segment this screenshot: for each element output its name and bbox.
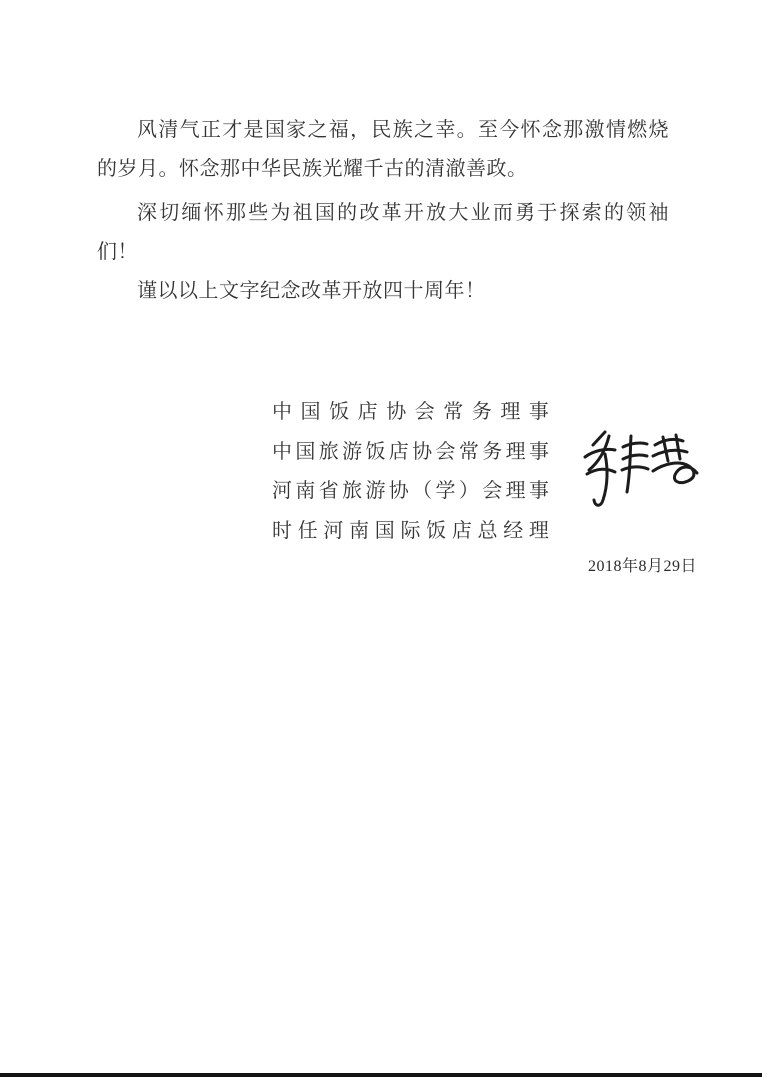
signature-date: 2018年8月29日	[588, 553, 697, 576]
title-line-2: 中国旅游饭店协会常务理事	[272, 430, 549, 470]
document-page: 风清气正才是国家之福，民族之幸。至今怀念那激情燃烧的岁月。怀念那中华民族光耀千古…	[0, 0, 762, 1078]
body-paragraphs: 风清气正才是国家之福，民族之幸。至今怀念那激情燃烧的岁月。怀念那中华民族光耀千古…	[97, 111, 669, 311]
handwritten-signature-icon	[573, 421, 705, 516]
title-line-3: 河南省旅游协（学）会理事	[272, 469, 549, 509]
title-line-4: 时任河南国际饭店总经理	[272, 509, 549, 549]
body-paragraph-1: 风清气正才是国家之福，民族之幸。至今怀念那激情燃烧的岁月。怀念那中华民族光耀千古…	[97, 111, 669, 189]
title-line-1: 中国饭店协会常务理事	[272, 390, 549, 430]
body-paragraph-2: 深切缅怀那些为祖国的改革开放大业而勇于探索的领袖们！	[97, 194, 669, 272]
body-paragraph-3: 谨以以上文字纪念改革开放四十周年！	[97, 272, 669, 311]
page-bottom-edge-line	[0, 1073, 762, 1077]
signature-title-block: 中国饭店协会常务理事 中国旅游饭店协会常务理事 河南省旅游协（学）会理事 时任河…	[272, 390, 549, 548]
